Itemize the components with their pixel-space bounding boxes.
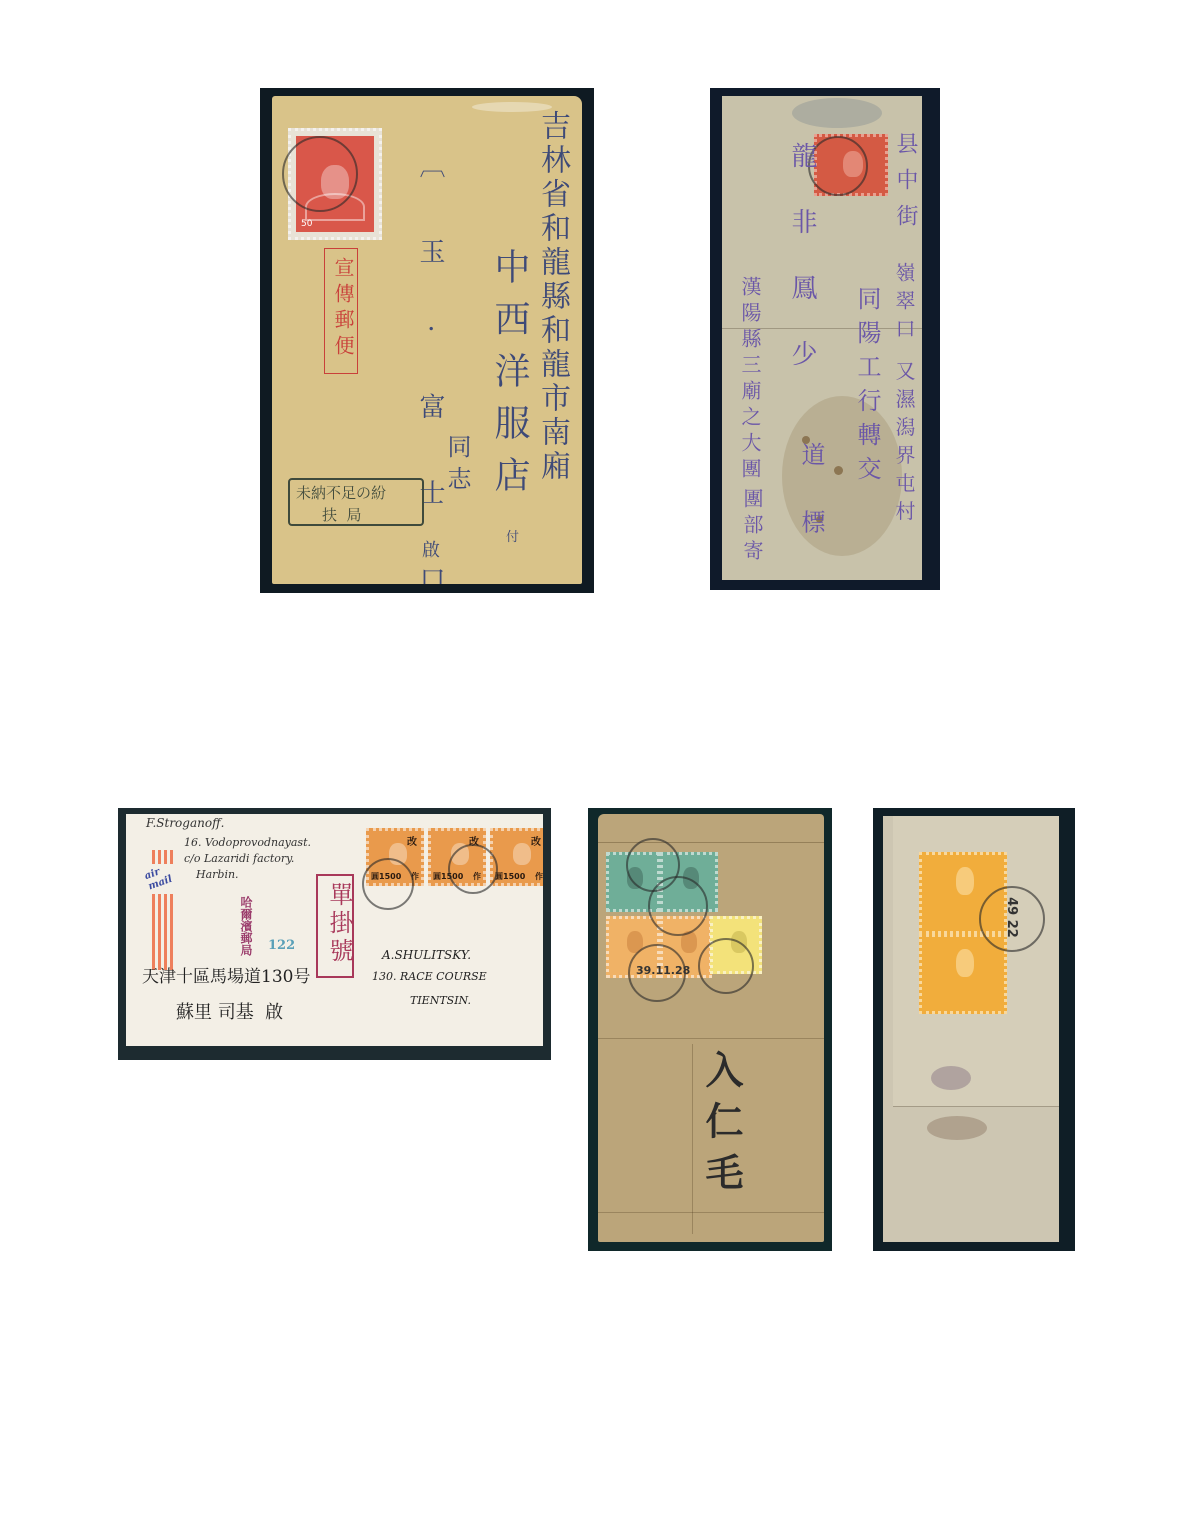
cover-3-postmark-2 <box>448 844 498 894</box>
cover-3-postmark-1 <box>362 858 414 910</box>
cover-1-address-middle: 中西洋服店 <box>484 248 535 508</box>
cover-1-sender-box: 未納不足の紛 扶 局 <box>288 478 424 526</box>
chinese-address-line1: 天津十區馬場道130号 <box>142 962 310 987</box>
cover-5-image: 49 22 <box>873 808 1075 1251</box>
cover-3-image: air mail F.Stroganoff. 16. Vodoprovodnay… <box>118 808 551 1060</box>
cover-1-envelope: 50 宣傳郵便 吉林省和龍縣和龍市南廂 中西洋服店 付 〔 玉 · 富 士 口 … <box>272 96 582 584</box>
cover-4-postmark-2 <box>648 876 708 936</box>
cover-1-image: 50 宣傳郵便 吉林省和龍縣和龍市南廂 中西洋服店 付 〔 玉 · 富 士 口 … <box>260 88 594 593</box>
cover-5-postmark: 49 22 <box>979 886 1045 952</box>
cover-4-postmark-4 <box>698 938 754 994</box>
recipient-name: A.SHULITSKY. <box>382 948 471 962</box>
cover-5-fragment: 49 22 <box>883 816 1059 1242</box>
chinese-address-line2: 蘇里 司基 啟 <box>176 998 283 1024</box>
registered-chop: 單掛號 <box>316 874 354 978</box>
registration-number: 122 <box>268 938 295 953</box>
cover-4-envelope: 39.11.28 入 仁 毛 <box>598 814 824 1242</box>
cover-2-envelope: 县中街 嶺翠口 又濕潟界屯村 同陽工行轉交 龍非鳳少 道 標 漢陽縣三廟之大團 … <box>722 96 922 580</box>
cover-1-address-right: 吉林省和龍縣和龍市南廂 <box>530 110 574 484</box>
sender-name: F.Stroganoff. <box>146 816 224 830</box>
cover-3-stamp-3: 改 圓1500 作 <box>490 828 543 886</box>
cover-1-red-chop: 宣傳郵便 <box>324 248 358 374</box>
recipient-street: 130. RACE COURSE <box>372 970 487 983</box>
cover-4-ink-marks: 入 仁 毛 <box>694 1050 749 1190</box>
purple-post-office-chop: 哈爾濱郵局 <box>238 896 255 956</box>
cover-1-postmark <box>282 136 358 212</box>
recipient-city: TIENTSIN. <box>410 994 471 1007</box>
cover-3-envelope: air mail F.Stroganoff. 16. Vodoprovodnay… <box>126 814 543 1046</box>
cover-4-postmark-3: 39.11.28 <box>628 944 686 1002</box>
cover-4-image: 39.11.28 入 仁 毛 <box>588 808 832 1251</box>
cover-2-image: 县中街 嶺翠口 又濕潟界屯村 同陽工行轉交 龍非鳳少 道 標 漢陽縣三廟之大團 … <box>710 88 940 590</box>
